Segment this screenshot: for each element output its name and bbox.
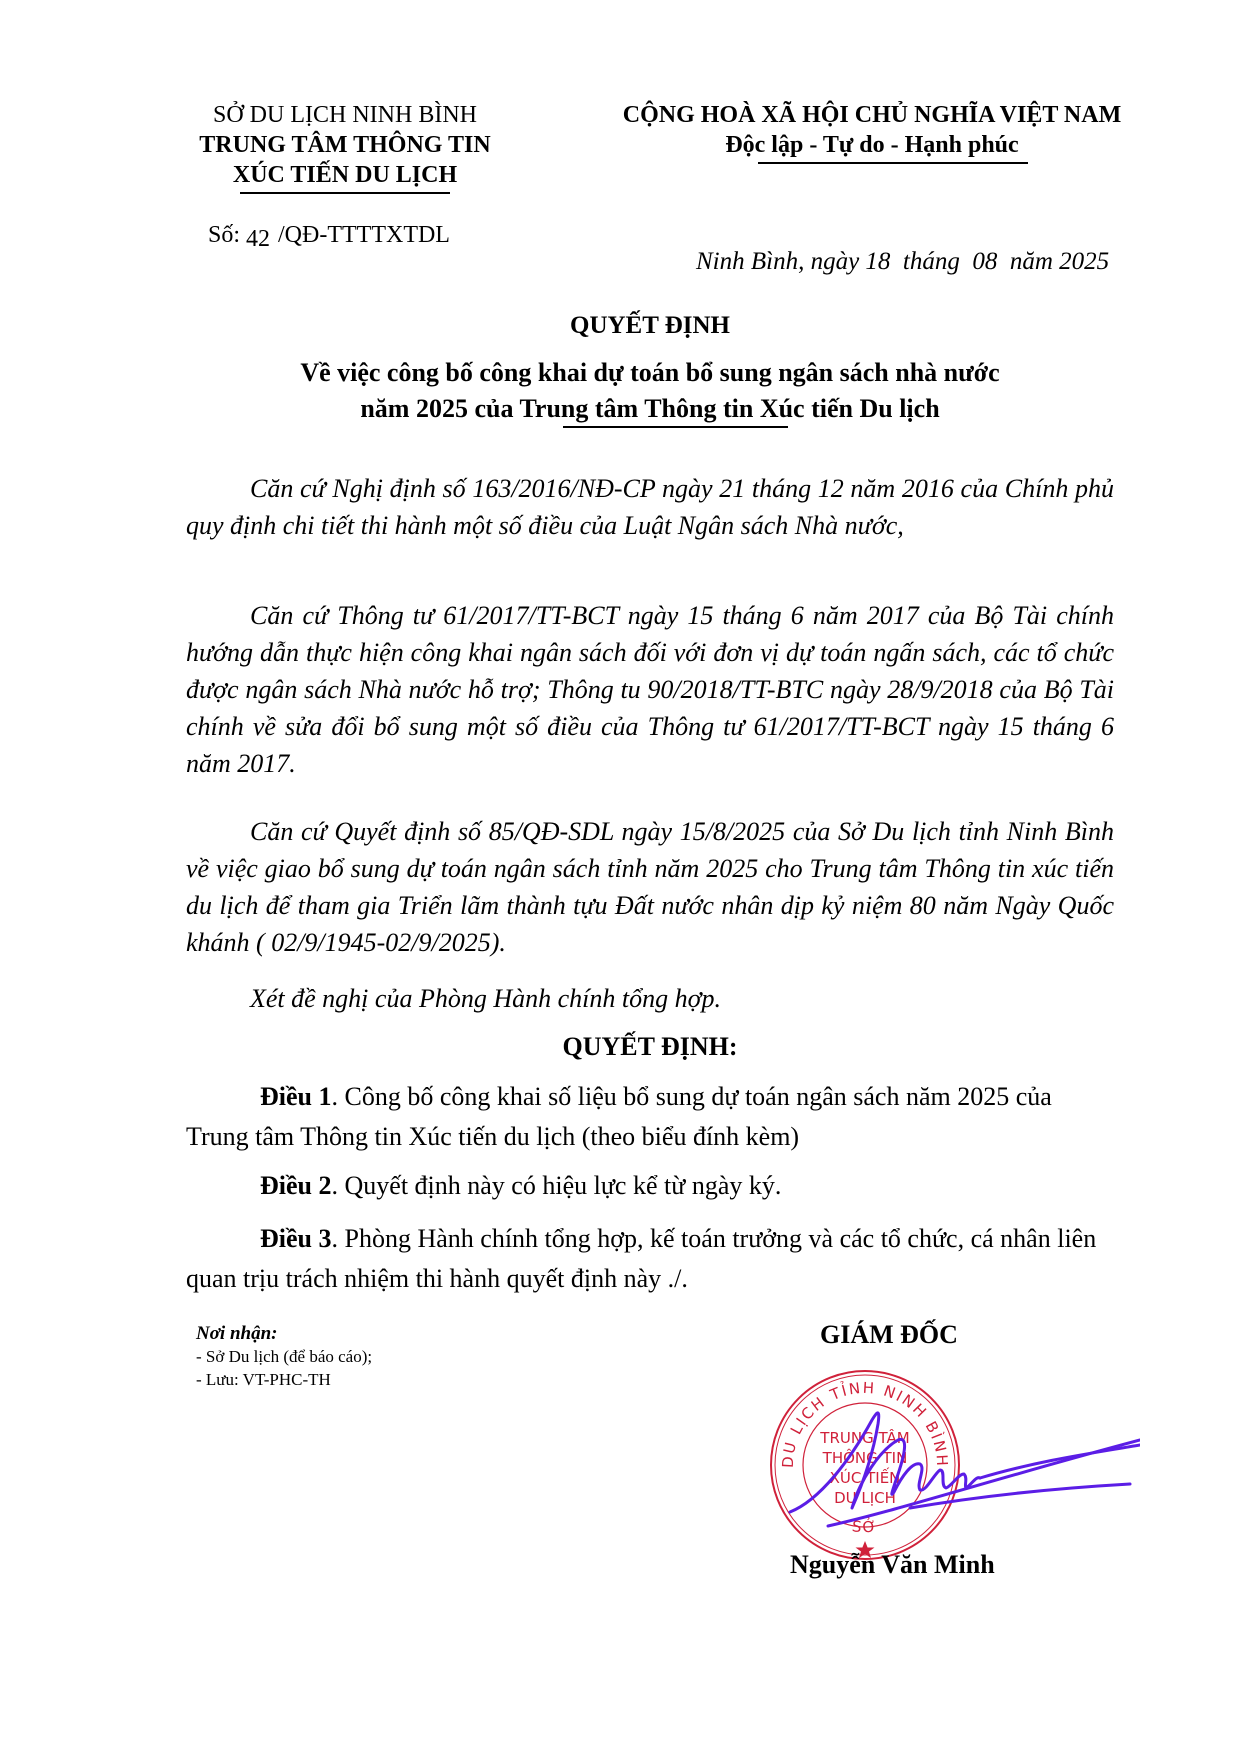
parent-agency: SỞ DU LỊCH NINH BÌNH [180,100,510,130]
place-date: Ninh Bình, ngày 18 tháng 08 năm 2025 [696,248,1109,276]
subtitle-line-1: Về việc công bố công khai dự toán bổ sun… [180,355,1120,391]
document-subtitle: Về việc công bố công khai dự toán bổ sun… [180,355,1120,427]
recipient-item: - Lưu: VT-PHC-TH [196,1368,372,1391]
number-suffix: /QĐ-TTTTXTDL [278,222,450,248]
country-name: CỘNG HOÀ XÃ HỘI CHỦ NGHĨA VIỆT NAM [612,100,1132,130]
issuing-agency: SỞ DU LỊCH NINH BÌNH TRUNG TÂM THÔNG TIN… [180,100,510,194]
agency-name-line1: TRUNG TÂM THÔNG TIN [180,130,510,160]
article-label: Điều 1 [260,1082,332,1111]
decision-heading: QUYẾT ĐỊNH: [180,1032,1120,1062]
preamble-paragraph: Căn cứ Nghị định số 163/2016/NĐ-CP ngày … [186,470,1114,544]
article-label: Điều 2 [260,1171,332,1200]
national-motto: CỘNG HOÀ XÃ HỘI CHỦ NGHĨA VIỆT NAM Độc l… [612,100,1132,164]
recipients: Nơi nhận: - Sở Du lịch (để báo cáo); - L… [196,1322,372,1391]
article-1: Điều 1. Công bố công khai số liệu bổ sun… [186,1077,1116,1157]
agency-underline [240,192,450,194]
preamble-paragraph: Xét đề nghị của Phòng Hành chính tổng hợ… [186,980,1114,1017]
motto-underline [758,162,1028,164]
subtitle-line-2: năm 2025 của Trung tâm Thông tin Xúc tiế… [180,391,1120,427]
article-text: . Quyết định này có hiệu lực kể từ ngày … [332,1171,782,1200]
motto: Độc lập - Tự do - Hạnh phúc [612,130,1132,160]
signer-title: GIÁM ĐỐC [820,1320,958,1350]
article-label: Điều 3 [260,1224,332,1253]
document-title: QUYẾT ĐỊNH [180,312,1120,340]
preamble-paragraph: Căn cứ Quyết định số 85/QĐ-SDL ngày 15/8… [186,813,1114,961]
preamble-paragraph: Căn cứ Thông tư 61/2017/TT-BCT ngày 15 t… [186,597,1114,782]
number-prefix: Số: [208,222,240,248]
article-2: Điều 2. Quyết định này có hiệu lực kể từ… [186,1166,1116,1206]
signer-name: Nguyễn Văn Minh [790,1550,995,1580]
handwritten-signature-icon [780,1380,1140,1560]
number-value: 42 [246,226,270,252]
recipients-heading: Nơi nhận: [196,1322,372,1345]
document-number: Số:42/QĐ-TTTTXTDL [208,222,450,249]
agency-name-line2: XÚC TIẾN DU LỊCH [180,160,510,190]
subtitle-underline [563,426,788,428]
article-3: Điều 3. Phòng Hành chính tổng hợp, kế to… [186,1219,1116,1299]
recipient-item: - Sở Du lịch (để báo cáo); [196,1345,372,1368]
